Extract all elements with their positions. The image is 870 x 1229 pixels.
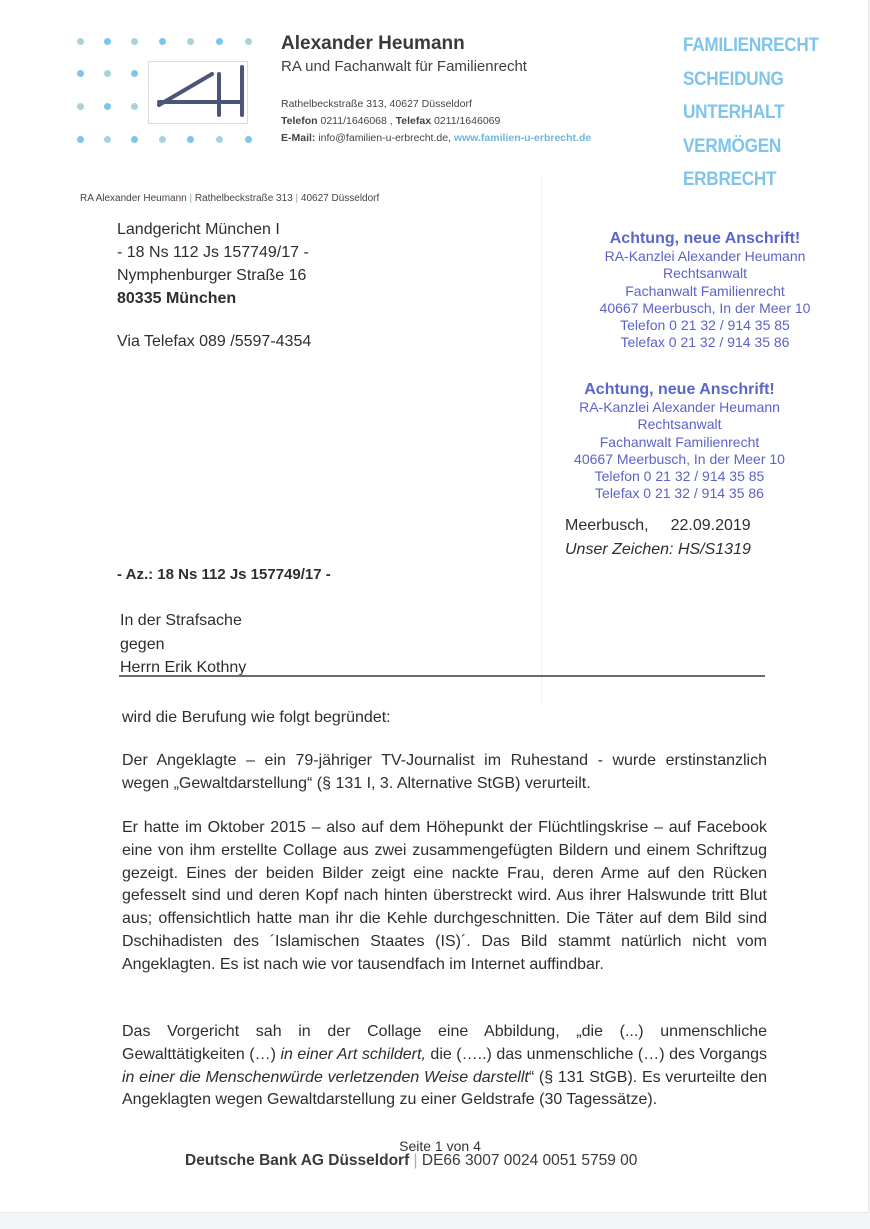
stamp-headline: Achtung, neue Anschrift!	[590, 230, 820, 248]
dot	[104, 103, 111, 110]
case-reference: - Az.: 18 Ns 112 Js 157749/17 -	[117, 566, 331, 583]
letter-date: 22.09.2019	[671, 517, 751, 534]
practice-areas: FAMILIENRECHTSCHEIDUNGUNTERHALTVERMÖGENE…	[683, 29, 819, 197]
text-segment: die (…..) das unmenschliche (…) des Vorg…	[426, 1046, 767, 1063]
intro-paragraph: wird die Berufung wie folgt begründet:	[122, 707, 767, 730]
stamp-line: Rechtsanwalt	[563, 416, 796, 433]
subject-divider	[119, 675, 765, 677]
recipient-city: 80335 München	[117, 287, 309, 310]
dot	[77, 103, 84, 110]
phone-label: Telefon	[281, 115, 318, 127]
recipient-line: - 18 Ns 112 Js 157749/17 -	[117, 241, 309, 264]
stamp-line: Telefax 0 21 32 / 914 35 86	[563, 485, 796, 502]
dot	[104, 136, 111, 143]
stamp-headline: Achtung, neue Anschrift!	[563, 381, 796, 399]
dot	[159, 38, 166, 45]
via-fax: Via Telefax 089 /5597-4354	[117, 333, 311, 351]
firm-name: Alexander Heumann	[281, 33, 465, 55]
stamp-line: Telefon 0 21 32 / 914 35 85	[590, 317, 820, 334]
text-segment: in einer Art schildert,	[280, 1046, 425, 1063]
place: Meerbusch,	[565, 517, 649, 534]
firm-contact: Rathelbeckstraße 313, 40627 Düsseldorf T…	[281, 96, 591, 147]
separator: |	[187, 193, 195, 204]
fax-label: Telefax	[396, 115, 431, 127]
dot	[131, 70, 138, 77]
dot	[77, 38, 84, 45]
dot	[104, 70, 111, 77]
firm-subtitle: RA und Fachanwalt für Familienrecht	[281, 58, 527, 75]
text-segment: in einer die Menschenwürde verletzenden …	[122, 1069, 529, 1086]
sender-return-line: RA Alexander Heumann | Rathelbeckstraße …	[80, 193, 379, 204]
dateline: Meerbusch,22.09.2019 Unser Zeichen: HS/S…	[565, 514, 751, 562]
dot	[187, 136, 194, 143]
dot	[159, 136, 166, 143]
letter-page: Alexander Heumann RA und Fachanwalt für …	[0, 0, 869, 1213]
body-paragraph: Er hatte im Oktober 2015 – also auf dem …	[122, 817, 767, 977]
fax-value: 0211/1646069	[434, 115, 500, 127]
sender-part: RA Alexander Heumann	[80, 193, 187, 204]
dot	[245, 38, 252, 45]
firm-email-web: E-Mail: info@familien-u-erbrecht.de, www…	[281, 130, 591, 147]
dot	[216, 38, 223, 45]
dot	[131, 136, 138, 143]
dot	[131, 38, 138, 45]
address-stamp: Achtung, neue Anschrift!RA-Kanzlei Alexa…	[590, 230, 820, 352]
bank-details: Deutsche Bank AG Düsseldorf | DE66 3007 …	[185, 1152, 637, 1170]
practice-area: SCHEIDUNG	[683, 63, 819, 97]
recipient-address: Landgericht München I - 18 Ns 112 Js 157…	[117, 218, 309, 310]
firm-address: Rathelbeckstraße 313, 40627 Düsseldorf	[281, 96, 591, 113]
fold-line	[541, 175, 542, 705]
recipient-line: Nymphenburger Straße 16	[117, 264, 309, 287]
practice-area: UNTERHALT	[683, 96, 819, 130]
stamp-line: Telefax 0 21 32 / 914 35 86	[590, 334, 820, 351]
dot	[187, 38, 194, 45]
email-label: E-Mail:	[281, 132, 315, 144]
stamp-line: RA-Kanzlei Alexander Heumann	[563, 399, 796, 416]
dot	[131, 103, 138, 110]
recipient-line: Landgericht München I	[117, 218, 309, 241]
iban: DE66 3007 0024 0051 5759 00	[422, 1152, 637, 1169]
dot	[104, 38, 111, 45]
sender-part: Rathelbeckstraße 313	[195, 193, 293, 204]
website-link[interactable]: www.familien-u-erbrecht.de	[454, 132, 591, 144]
stamp-line: Fachanwalt Familienrecht	[563, 434, 796, 451]
body-paragraph: Der Angeklagte – ein 79-jähriger TV-Jour…	[122, 750, 767, 796]
separator: |	[293, 193, 301, 204]
firm-phone-fax: Telefon 0211/1646068 , Telefax 0211/1646…	[281, 113, 591, 130]
dot	[77, 70, 84, 77]
email-link[interactable]: info@familien-u-erbrecht.de,	[318, 132, 451, 144]
bank-name: Deutsche Bank AG Düsseldorf	[185, 1152, 409, 1169]
stamp-line: Rechtsanwalt	[590, 265, 820, 282]
case-subject: In der Strafsache gegen Herrn Erik Kothn…	[120, 609, 246, 680]
practice-area: VERMÖGEN	[683, 130, 819, 164]
separator: |	[414, 1152, 418, 1169]
reference-number: Unser Zeichen: HS/S1319	[565, 538, 751, 562]
case-line: gegen	[120, 633, 246, 657]
case-line: In der Strafsache	[120, 609, 246, 633]
stamp-line: RA-Kanzlei Alexander Heumann	[590, 248, 820, 265]
stamp-line: 40667 Meerbusch, In der Meer 10	[563, 451, 796, 468]
practice-area: ERBRECHT	[683, 163, 819, 197]
address-stamp: Achtung, neue Anschrift!RA-Kanzlei Alexa…	[563, 381, 796, 503]
dot	[77, 136, 84, 143]
sender-part: 40627 Düsseldorf	[301, 193, 379, 204]
body-paragraph: Das Vorgericht sah in der Collage eine A…	[122, 1021, 767, 1112]
stamp-line: 40667 Meerbusch, In der Meer 10	[590, 300, 820, 317]
stamp-line: Telefon 0 21 32 / 914 35 85	[563, 468, 796, 485]
stamp-line: Fachanwalt Familienrecht	[590, 283, 820, 300]
dot	[216, 136, 223, 143]
ah-logo-icon	[148, 61, 248, 124]
practice-area: FAMILIENRECHT	[683, 29, 819, 63]
phone-value: 0211/1646068	[320, 115, 386, 127]
dot	[245, 136, 252, 143]
